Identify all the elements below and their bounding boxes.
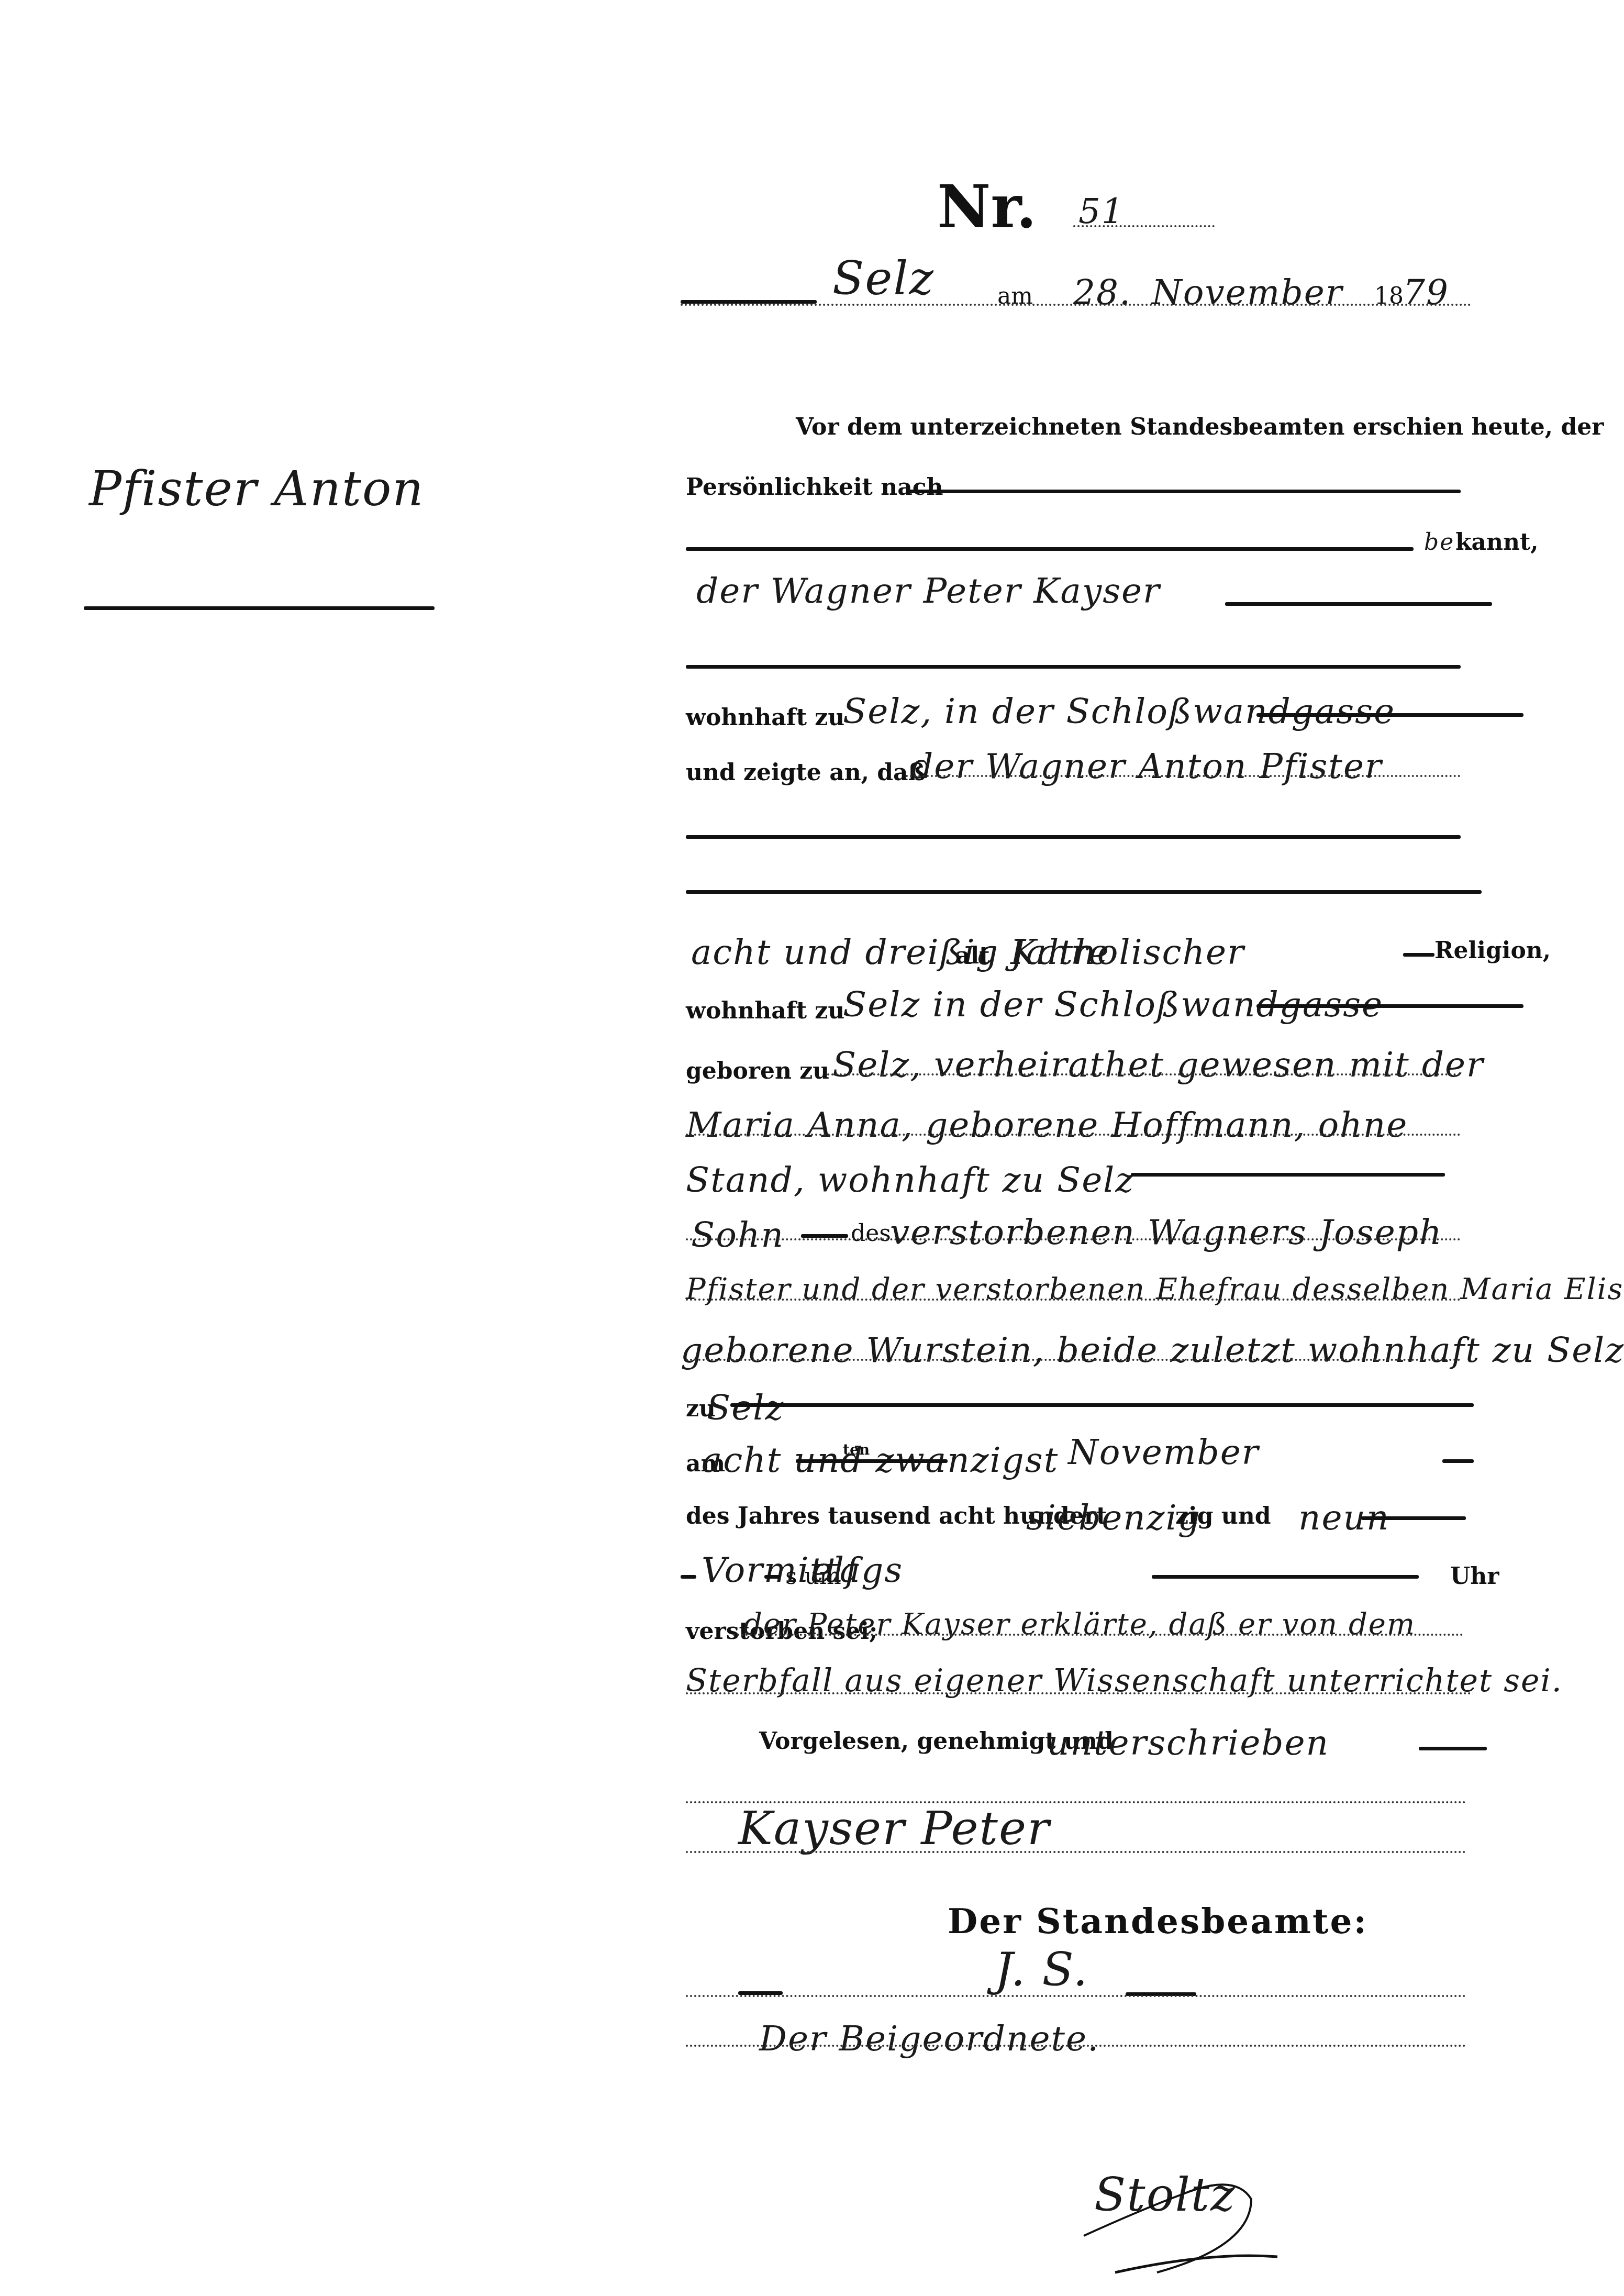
bekannt-print: kannt,	[1455, 529, 1539, 556]
hour-value: elf	[811, 1550, 859, 1590]
place-value: Selz	[832, 251, 935, 305]
informant-dots-bottom	[686, 1851, 1466, 1853]
official-rule-left	[738, 1991, 783, 1995]
religion-label: Religion,	[1434, 937, 1551, 964]
zu-rule	[730, 1403, 1474, 1407]
blank-rule-1	[686, 665, 1461, 669]
deceased-dots	[906, 775, 1461, 777]
remark-line-1: der Peter Kayser erklärte, daß er von de…	[743, 1607, 1416, 1641]
parents-line-3: geborene Wurstein, beide zuletzt wohnhaf…	[681, 1330, 1624, 1370]
parents-line-2: Pfister und der verstorbenen Ehefrau des…	[686, 1272, 1624, 1306]
wohnhaft-label-1: wohnhaft zu	[686, 704, 844, 731]
persoenlichkeit-label: Persönlichkeit nach	[686, 474, 943, 501]
zu-value: Selz	[707, 1388, 784, 1428]
date-line-dots	[681, 304, 1471, 306]
parents-dots-3	[686, 1359, 1461, 1361]
day-rule	[796, 1459, 948, 1463]
official-initials: J. S.	[995, 1943, 1089, 1996]
record-number-dots	[1073, 225, 1215, 227]
tageszeit-lead-rule	[681, 1575, 696, 1579]
persoenlichkeit-rule	[906, 490, 1461, 493]
parents-dots-1	[686, 1238, 1461, 1240]
wohnhaft-label-2: wohnhaft zu	[686, 997, 844, 1024]
religion-value: Katholischer	[1010, 932, 1245, 972]
tageszeit-rule	[764, 1575, 780, 1579]
geboren-dots-2	[686, 1134, 1461, 1136]
blank-rule-3	[686, 890, 1482, 894]
religion-rule	[1403, 953, 1434, 957]
wohnhaft-rule-1	[1256, 713, 1523, 717]
parents-line-1: verstorbenen Wagners Joseph	[890, 1212, 1442, 1252]
deceased-name: der Wagner Anton Pfister	[911, 746, 1383, 786]
declarant-name: der Wagner Peter Kayser	[696, 571, 1161, 611]
standesbeamte-label: Der Standesbeamte:	[948, 1901, 1368, 1942]
zig-und-label: zig und	[1175, 1503, 1271, 1529]
date-month: November	[1152, 272, 1343, 313]
date-day: 28.	[1073, 272, 1131, 313]
sohn-value: Sohn	[691, 1215, 784, 1255]
remark-dots-2	[686, 1692, 1471, 1694]
signature-flourish	[1078, 2162, 1309, 2278]
date-year-hand: 79	[1403, 272, 1449, 313]
jahres-rule	[1361, 1516, 1466, 1520]
jahres-tens: siebenzig	[1026, 1498, 1201, 1538]
geboren-line-2: Maria Anna, geborene Hoffmann, ohne	[686, 1105, 1408, 1145]
hour-rule	[1152, 1575, 1419, 1579]
official-dots-bottom	[686, 2045, 1466, 2047]
uhr-label: Uhr	[1450, 1563, 1499, 1590]
vorgelesen-value: unterschrieben	[1047, 1723, 1329, 1763]
place-lead-rule	[681, 300, 817, 304]
parents-dots-2	[686, 1299, 1461, 1301]
margin-underline	[84, 606, 435, 610]
alt-label: alt	[955, 942, 990, 969]
month-rule	[1442, 1459, 1474, 1463]
official-title: Der Beigeordnete.	[759, 2018, 1099, 2059]
zeigte-label: und zeigte an, daß	[686, 759, 926, 786]
geboren-line-1: Selz, verheirathet gewesen mit der	[832, 1045, 1484, 1085]
vorgelesen-rule	[1419, 1747, 1487, 1750]
sohn-rule	[801, 1234, 848, 1238]
intro-text: Vor dem unterzeichneten Standesbeamten e…	[796, 414, 1604, 440]
ten-label: ten	[843, 1441, 870, 1458]
informant-signature: Kayser Peter	[738, 1801, 1050, 1855]
wohnhaft-rule-2	[1256, 1004, 1523, 1008]
remark-dots-1	[733, 1634, 1463, 1636]
bekannt-hand: be	[1424, 529, 1454, 556]
bekannt-rule	[686, 547, 1414, 551]
geboren-rule-3	[1131, 1173, 1445, 1177]
geboren-line-3: Stand, wohnhaft zu Selz	[686, 1160, 1134, 1200]
official-dots-top	[686, 1995, 1466, 1997]
month-value: November	[1068, 1432, 1259, 1472]
wohnhaft-value-1: Selz, in der Schloßwandgasse	[843, 691, 1395, 731]
geboren-dots-1	[827, 1073, 1461, 1075]
geboren-label: geboren zu	[686, 1058, 829, 1084]
des-label: des	[851, 1220, 891, 1247]
margin-name-note: Pfister Anton	[89, 461, 425, 517]
declarant-rule	[1225, 602, 1492, 606]
record-number-label: Nr.	[937, 173, 1037, 241]
blank-rule-2	[686, 835, 1461, 839]
